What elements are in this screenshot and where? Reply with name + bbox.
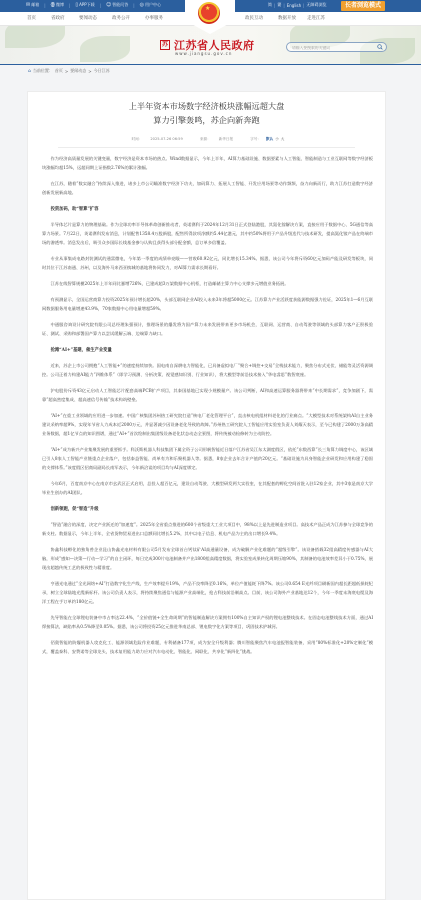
mobile-icon: ▯: [75, 2, 78, 8]
decor-leaf: [5, 26, 65, 48]
paragraph: 有预测显示，全国运营商算力投资2025年预计增长超20%，头部互联网企业AI投入…: [42, 296, 373, 314]
accessibility-icon: ◎: [140, 2, 144, 8]
nav-gov-affairs[interactable]: 政务公开: [112, 15, 130, 21]
nav-news[interactable]: 要闻动态: [79, 15, 97, 21]
article-body: 作为经济高质量发展的关键变量，数字经济是资本市场的热点。Wind数据显示，今年上…: [42, 155, 373, 664]
paragraph: 半导体芯片是算力的物理基础。作为全球功率半导体革命创新推动者，英诺赛科于2024…: [42, 221, 373, 248]
smart-qa-link[interactable]: ☺智能问答: [106, 2, 128, 8]
section-heading: 抢滩“AI+”基建，催生产业变量: [42, 346, 373, 355]
paragraph: 中通服咨询设计研究院有限公司总经理朱强预计，推理场景的爆发将为国产算力未来发展带…: [42, 321, 373, 339]
traditional-chinese-link[interactable]: 繁: [277, 2, 281, 8]
site-logo-icon: 苏: [160, 40, 170, 50]
accessible-browse-link[interactable]: 无障碍浏览: [307, 2, 327, 8]
search-icon[interactable]: [377, 44, 383, 50]
home-icon: ⌂: [28, 69, 31, 74]
breadcrumb-prefix: 当前位置：: [33, 68, 53, 74]
article-title-line2: 算力引擎轰鸣，苏企向新奔跑: [28, 115, 385, 126]
font-size-small[interactable]: 小: [275, 137, 279, 141]
nav-open-data[interactable]: 数据开放: [278, 15, 296, 21]
user-center-link[interactable]: ◎用户中心: [140, 2, 161, 8]
separator: |: [44, 3, 45, 8]
mail-link[interactable]: ✉邮箱: [26, 2, 39, 8]
font-size-large[interactable]: 大: [281, 137, 285, 141]
robot-icon: ☺: [106, 2, 111, 8]
nav-province-gov[interactable]: 省政府: [51, 15, 65, 21]
nav-interaction[interactable]: 政民互动: [245, 15, 263, 21]
breadcrumb-news[interactable]: 要闻动态: [70, 68, 86, 74]
paragraph: 江苏在线智算规模2025年上半年同比暴增726%，已建成超3万架数据中心机柜，打…: [42, 280, 373, 289]
separator: |: [133, 3, 134, 8]
decor-leaf: [80, 36, 130, 62]
paragraph: 近来，苏企上市公司拥抱“人工智能+”的速度持续加快。国电南自深耕电力智能化，已具…: [42, 362, 373, 380]
topbar-left-links: ✉邮箱 | ꙮ微博 | ▯APP下载 | ☺智能问答 | ◎用户中心: [26, 2, 161, 8]
article-container: 上半年资本市场数字经济板块涨幅远超大盘 算力引擎轰鸣，苏企向新奔跑 时间：202…: [27, 91, 386, 900]
separator: |: [274, 3, 275, 8]
topbar-right-links: 简 | 繁 | English | 无障碍浏览: [268, 2, 327, 8]
font-size-control: 字号：默认小大: [246, 137, 285, 141]
paragraph: 亨通光电通过“全光网络+AI”打造数字化生产线，生产效率提升19%，产品不良率降…: [42, 580, 373, 607]
paragraph: “智造”融合的深度，决定产业跃迁的“加速度”。2025年全省重点推进的600个省…: [42, 521, 373, 539]
article-source: 来源：新华日报: [196, 137, 237, 141]
paragraph: 今年6月，百度南京中心在南京市玄武区正式启用，总投入超百亿元，建设自动驾驶、大模…: [42, 480, 373, 498]
paragraph: 沪电股份斥资43亿元启动人工智能芯片配套高端PCB扩产项目，其泰国基地已实现小规…: [42, 387, 373, 405]
elder-mode-button[interactable]: 长者浏览模式: [341, 1, 385, 11]
breadcrumb: ⌂ 当前位置： 首页 > 要闻动态 > 今日江苏: [28, 68, 110, 74]
separator: |: [69, 3, 70, 8]
paragraph: 专业从事集成电路封装测试的通富微电，今年第一季度的成绩单亮眼——营收60.92亿…: [42, 255, 373, 273]
paragraph: 佰奥智能的防爆机器人攻克化工、能源领域危险作业难题，专利储备177项，成为安全升…: [42, 639, 373, 657]
title-divider: [58, 147, 355, 148]
site-url: www.jiangsu.gov.cn: [175, 51, 232, 56]
font-size-default[interactable]: 默认: [266, 137, 273, 141]
paragraph: “AI+”在重工业领域的应用进一步加速。中国广核集团苏州热工研究院打造“核电厂老…: [42, 412, 373, 439]
breadcrumb-home[interactable]: 首页: [55, 68, 63, 74]
paragraph: 先导智能在全球锂电装备中市占率达22.4%，“全价值链+全生命周期”的智能制造解…: [42, 614, 373, 632]
weibo-link[interactable]: ꙮ微博: [51, 2, 64, 8]
simplified-chinese-link[interactable]: 简: [268, 2, 272, 8]
paragraph: 作为经济高质量发展的关键变量，数字经济是资本市场的热点。Wind数据显示，今年上…: [42, 155, 373, 173]
search-box: [286, 42, 387, 52]
national-emblem-icon: ★: [198, 2, 220, 24]
section-heading: 创新领跑，促“智造”升级: [42, 505, 373, 514]
search-input[interactable]: [292, 44, 372, 51]
publish-time: 时间：2025-07-26 06:59: [128, 137, 187, 141]
english-link[interactable]: English: [287, 3, 301, 8]
mail-icon: ✉: [26, 2, 30, 8]
article-title-line1: 上半年资本市场数字经济板块涨幅远超大盘: [28, 101, 385, 112]
weibo-icon: ꙮ: [51, 2, 55, 8]
nav-home[interactable]: 首页: [27, 15, 36, 21]
paragraph: 在江苏，随着“数实融合”持续深入推进，诸多上市公司瞄准数字经济下功夫，加码算力、…: [42, 180, 373, 198]
separator: |: [303, 3, 304, 8]
breadcrumb-separator: >: [65, 69, 68, 74]
nav-services[interactable]: 办事服务: [145, 15, 163, 21]
app-download-link[interactable]: ▯APP下载: [75, 2, 94, 8]
paragraph: “AI+”成为新兴产业集聚发展的重要抓手。科沃斯机器人科技集团下属全资子公司形帆…: [42, 446, 373, 473]
section-heading: 投资加码，助“智算”扩容: [42, 205, 373, 214]
breadcrumb-today-jiangsu[interactable]: 今日江苏: [94, 68, 110, 74]
article-meta: 时间：2025-07-26 06:59 来源：新华日报 字号：默认小大: [28, 137, 385, 142]
separator: |: [100, 3, 101, 8]
paragraph: 协鑫科技孵化的独角兽企业昆山协鑫光电材料有限公司5月发布全球首台钙钛矿AI高通量…: [42, 546, 373, 573]
star-icon: ★: [205, 6, 210, 12]
separator: |: [283, 3, 284, 8]
nav-about-jiangsu[interactable]: 走进江苏: [307, 15, 325, 21]
breadcrumb-separator: >: [88, 69, 91, 74]
